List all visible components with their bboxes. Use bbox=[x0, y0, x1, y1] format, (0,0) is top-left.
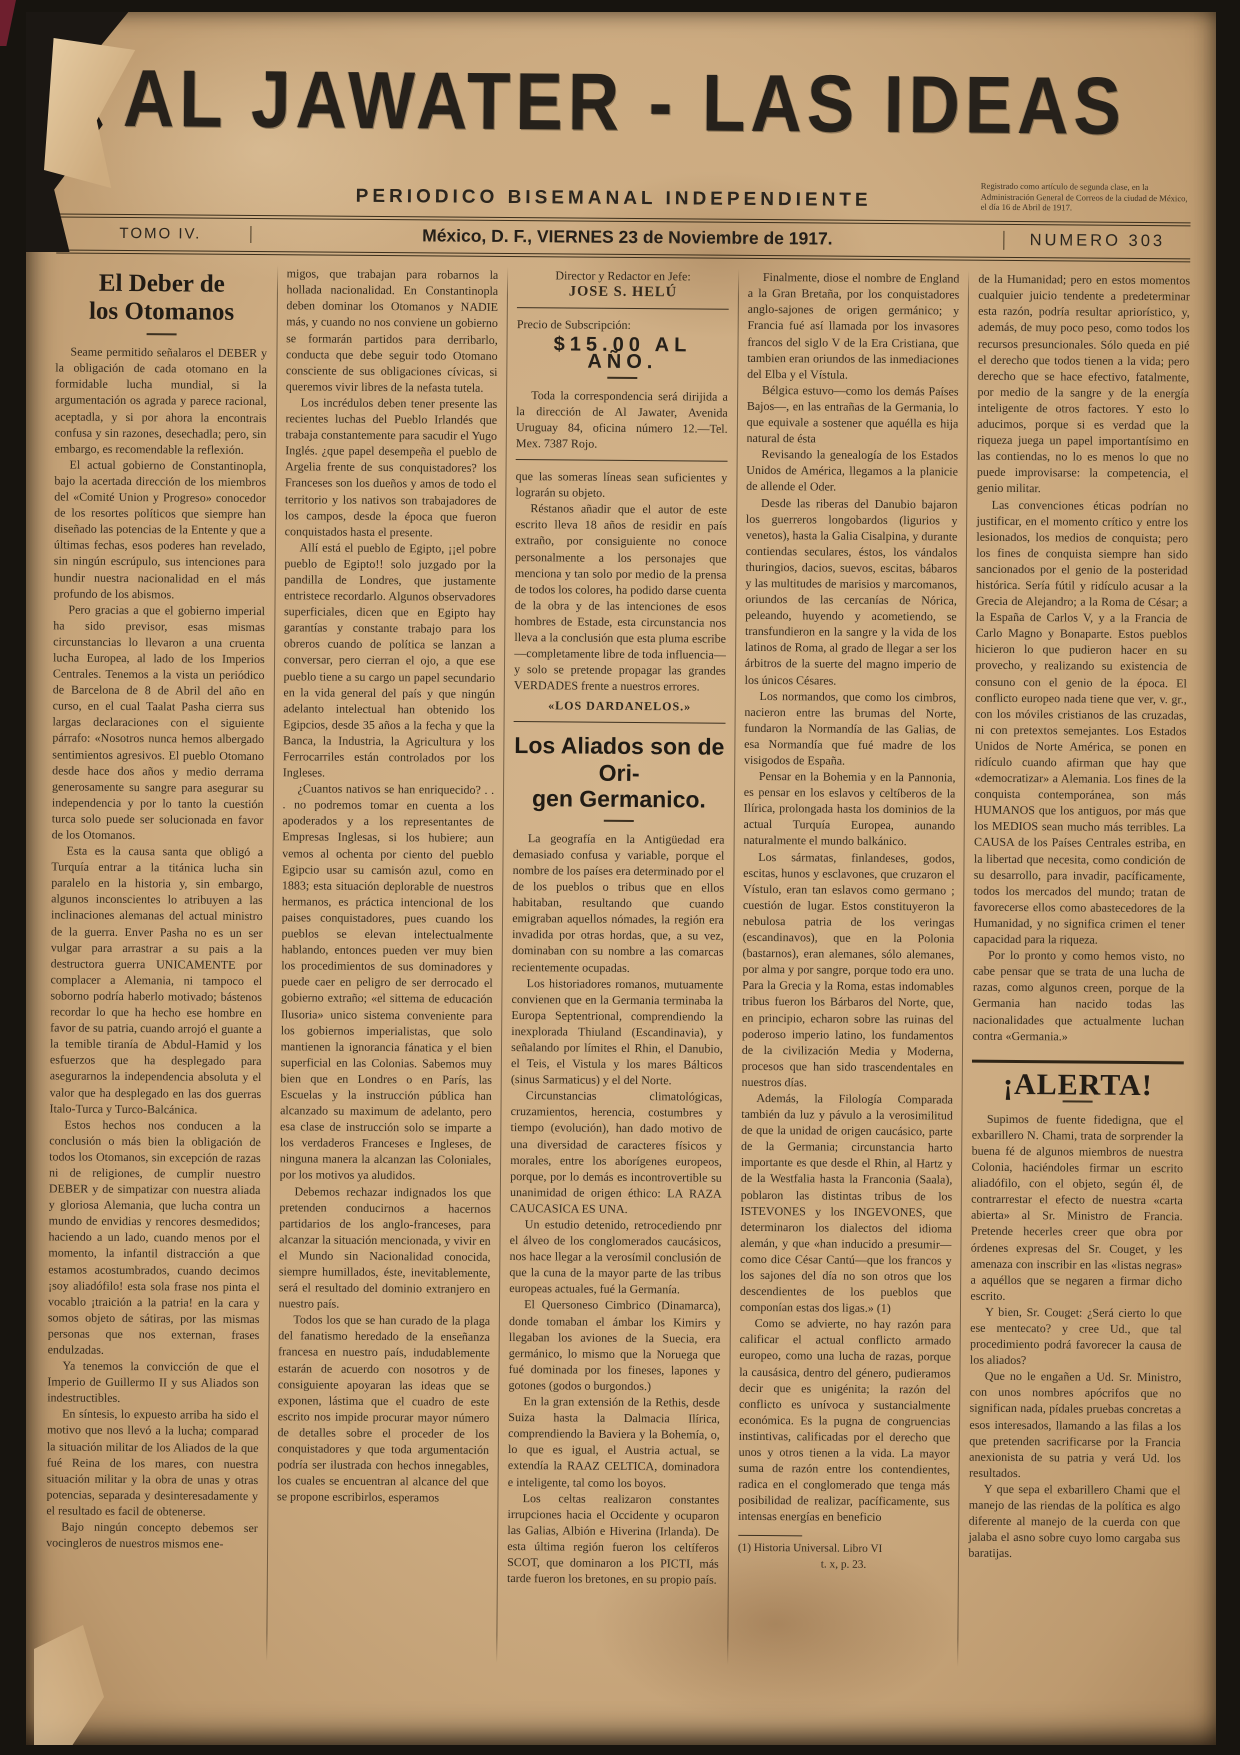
paragraph: Además, la Filología Comparada también d… bbox=[740, 1090, 953, 1317]
paragraph: Los sármatas, finlandeses, godos, escita… bbox=[741, 848, 954, 1091]
director-name: JOSE S. HELÚ bbox=[517, 283, 729, 301]
registration-notice: Registrado como artículo de segunda clas… bbox=[981, 181, 1191, 215]
date-bar: TOMO IV. México, D. F., VIERNES 23 de No… bbox=[56, 214, 1190, 263]
paragraph: La geografía en la Antigüedad era demasi… bbox=[512, 830, 725, 977]
signature: «LOS DARDANELOS.» bbox=[514, 697, 726, 715]
paragraph: Réstanos añadir que el autor de este esc… bbox=[514, 500, 727, 695]
paragraph: Que no le engañen a Ud. Sr. Ministro, co… bbox=[969, 1368, 1181, 1482]
rule bbox=[514, 722, 726, 725]
column-rule bbox=[727, 269, 739, 1665]
paragraph: Bajo ningún concepto debemos ser vocingl… bbox=[46, 1518, 258, 1552]
newspaper-scan: AL JAWATER - LAS IDEAS PERIODICO BISEMAN… bbox=[0, 0, 1240, 1755]
masthead-subrow: PERIODICO BISEMANAL INDEPENDIENTE Regist… bbox=[57, 173, 1191, 214]
paragraph: Todos los que se han curado de la plaga … bbox=[277, 1312, 490, 1507]
correspondence-note: Toda la correspondencia será dirijida a … bbox=[516, 387, 728, 453]
newspaper-page: AL JAWATER - LAS IDEAS PERIODICO BISEMAN… bbox=[26, 12, 1216, 1745]
issue-number: NUMERO 303 bbox=[1003, 231, 1190, 251]
photo-edge-artifact bbox=[0, 0, 16, 46]
paragraph: Y que sepa el exbarillero Chami que el m… bbox=[968, 1481, 1180, 1563]
rule bbox=[517, 307, 729, 310]
paragraph: Desde las riberas del Danubio bajaron lo… bbox=[745, 494, 958, 689]
title-divider bbox=[604, 820, 634, 822]
paragraph: Allí está el pueblo de Egipto, ¡¡el pobr… bbox=[283, 539, 496, 782]
date-line: México, D. F., VIERNES 23 de Noviembre d… bbox=[251, 224, 1003, 251]
newspaper-subtitle: PERIODICO BISEMANAL INDEPENDIENTE bbox=[247, 185, 981, 213]
column-1: El Deber de los OtomanosSeame permitido … bbox=[45, 264, 268, 1662]
paragraph: Los historiadores romanos, mutuamente co… bbox=[511, 975, 723, 1089]
rule bbox=[516, 459, 728, 462]
paragraph: Estos hechos nos conducen a la conclusió… bbox=[48, 1116, 261, 1359]
column-rule bbox=[266, 265, 278, 1661]
volume-label: TOMO IV. bbox=[56, 225, 251, 244]
column-3: Director y Redactor en Jefe:JOSE S. HELÚ… bbox=[506, 267, 729, 1665]
paragraph: Circunstancias climatológicas, cruzamien… bbox=[510, 1087, 723, 1217]
paragraph: Por lo pronto y como hemos visto, no cab… bbox=[972, 947, 1184, 1045]
paragraph: Los normandos, que como los cimbros, nac… bbox=[744, 688, 956, 770]
article-title-alerta: ¡ALERTA! bbox=[972, 1076, 1184, 1094]
title-divider bbox=[146, 333, 176, 335]
paragraph: que las someras líneas sean suficientes … bbox=[516, 468, 728, 502]
paragraph: migos, que trabajan para robarnos la hol… bbox=[286, 265, 499, 395]
spacer bbox=[57, 206, 247, 207]
paragraph: Un estudio detenido, retrocediendo pnr e… bbox=[509, 1216, 721, 1298]
paragraph: Los incrédulos deben tener presente las … bbox=[285, 394, 498, 541]
paragraph: Debemos rechazar indignados los que pret… bbox=[279, 1183, 492, 1313]
director-label: Director y Redactor en Jefe: bbox=[517, 267, 729, 285]
paragraph: Como se advierte, no hay razón para cali… bbox=[738, 1315, 951, 1526]
paragraph: Bélgica estuvo—como los demás Países Baj… bbox=[747, 382, 959, 448]
paragraph: Esta es la causa santa que obligó a Turq… bbox=[49, 843, 263, 1118]
paragraph: El Quersoneso Cimbrico (Dinamarca), dond… bbox=[508, 1297, 720, 1395]
paragraph: Pero gracias a que el gobierno imperial … bbox=[52, 601, 265, 844]
paragraph: En la gran extensión de la Rethis, desde… bbox=[508, 1393, 720, 1491]
footnote-rule bbox=[738, 1534, 802, 1536]
page-content: AL JAWATER - LAS IDEAS PERIODICO BISEMAN… bbox=[45, 26, 1192, 1736]
paragraph: Ya tenemos la convicción de que el Imper… bbox=[47, 1358, 259, 1408]
paragraph: Las convenciones éticas podrían no justi… bbox=[973, 496, 1188, 948]
column-4: Finalmente, diose el nombre de England a… bbox=[737, 269, 960, 1667]
column-2: migos, que trabajan para robarnos la hol… bbox=[276, 265, 499, 1663]
article-title-los-aliados: Los Aliados son de Ori- gen Germanico. bbox=[513, 733, 725, 814]
paragraph: Supimos de fuente fidedigna, que el exba… bbox=[970, 1110, 1183, 1305]
paragraph: En síntesis, lo expuesto arriba ha sido … bbox=[46, 1406, 258, 1520]
article-title-el-deber: El Deber de los Otomanos bbox=[56, 270, 268, 328]
paragraph: Pensar en la Bohemia y en la Pannonia, e… bbox=[743, 768, 955, 850]
paragraph: Finalmente, diose el nombre de England a… bbox=[747, 269, 959, 383]
footnote: t. x, p. 23. bbox=[738, 1555, 950, 1573]
column-rule bbox=[496, 267, 508, 1663]
subscription-price: $15.00 AL AÑO. bbox=[517, 337, 729, 371]
section-rule bbox=[972, 1059, 1184, 1064]
paragraph: Revisando la genealogía de los Estados U… bbox=[746, 446, 958, 496]
paragraph: ¿Cuantos nativos se han enriquecido? . .… bbox=[280, 780, 495, 1184]
columns: El Deber de los OtomanosSeame permitido … bbox=[45, 264, 1190, 1669]
masthead: AL JAWATER - LAS IDEAS PERIODICO BISEMAN… bbox=[56, 52, 1192, 262]
column-5: de la Humanidad; pero en estos momentos … bbox=[968, 271, 1191, 1669]
paragraph: de la Humanidad; pero en estos momentos … bbox=[977, 271, 1190, 498]
footnote: (1) Historia Universal. Libro VI bbox=[738, 1539, 950, 1557]
paragraph: El actual gobierno de Constantinopla, ba… bbox=[54, 456, 267, 603]
divider bbox=[607, 376, 637, 378]
column-rule bbox=[958, 271, 970, 1667]
paragraph: Y bien, Sr. Couget: ¿Será cierto lo que … bbox=[970, 1304, 1182, 1370]
paragraph: Los celtas realizaron constantes irrupci… bbox=[507, 1490, 719, 1588]
paragraph: Seame permitido señalaros el DEBER y la … bbox=[55, 344, 267, 458]
newspaper-title: AL JAWATER - LAS IDEAS bbox=[57, 52, 1192, 153]
subscription-label: Precio de Subscripción: bbox=[517, 316, 729, 334]
